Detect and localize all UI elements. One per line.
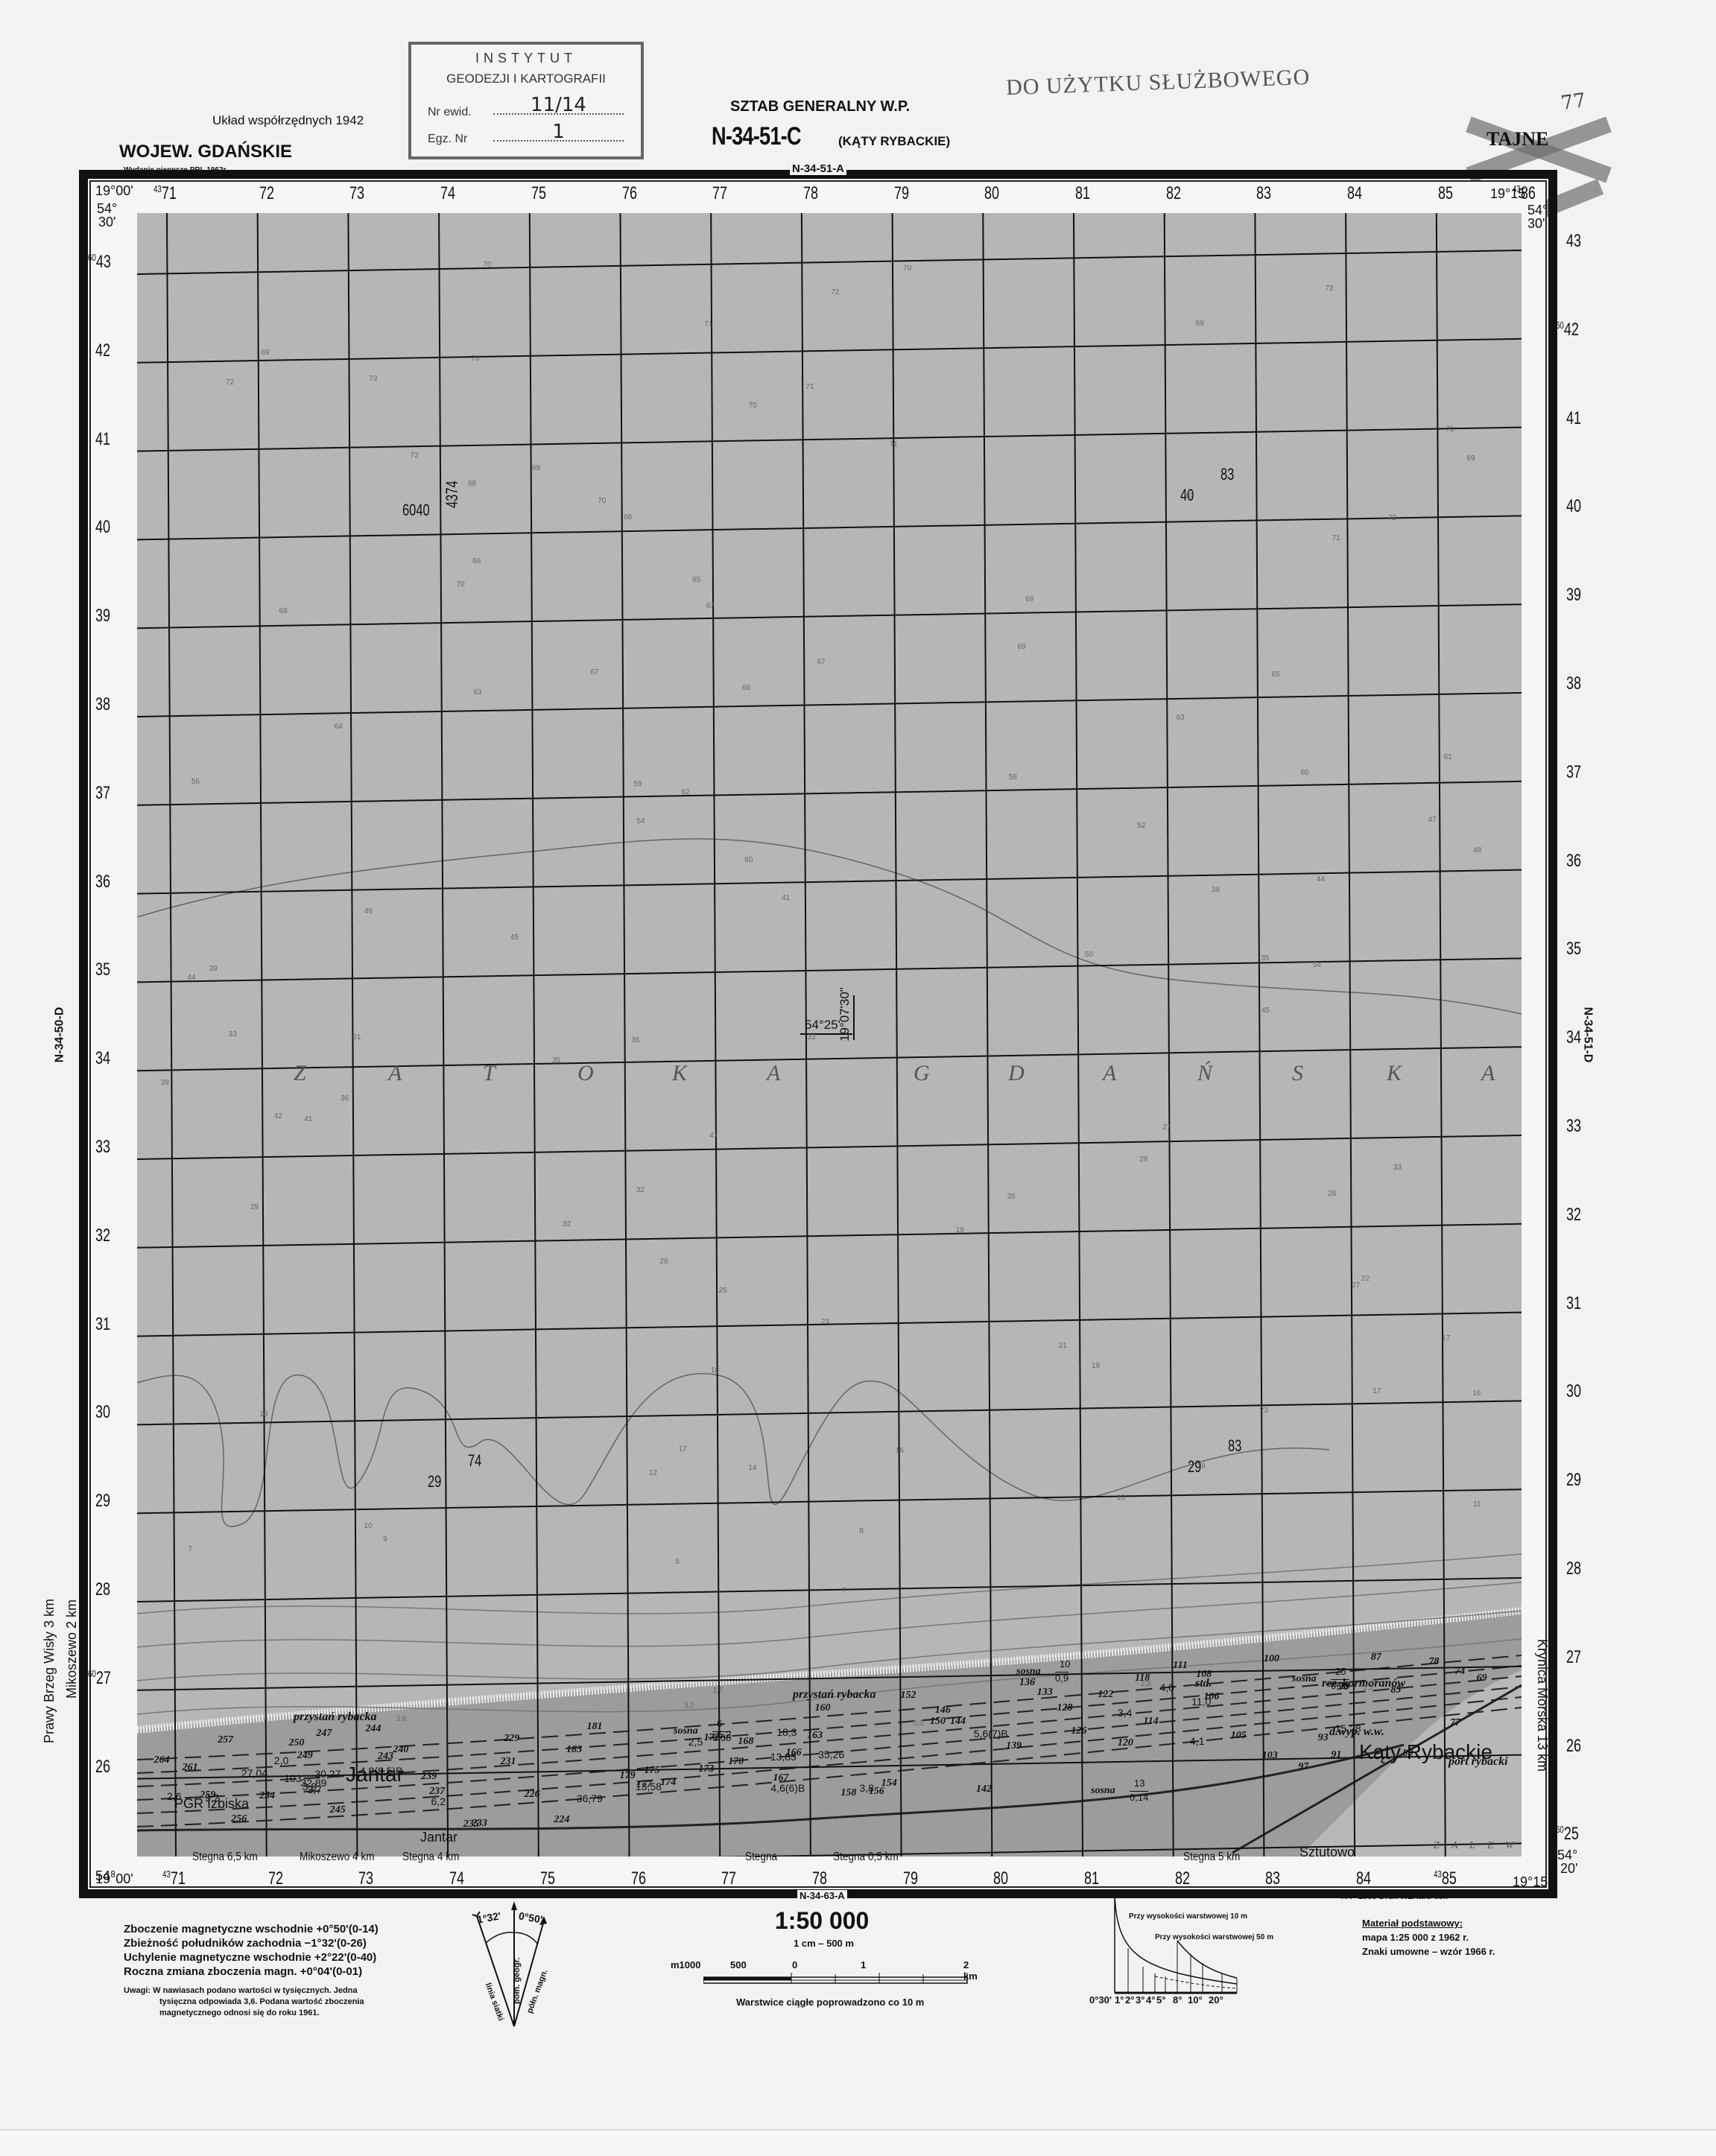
stamp-line1: INSTYTUT <box>411 51 641 66</box>
northing-label-right: 29 <box>1566 1470 1581 1491</box>
northing-label-left: 34 <box>95 1048 110 1069</box>
spot-height: 233 <box>472 1818 487 1830</box>
slope-tick: 1° <box>1115 1994 1124 2006</box>
sea-name-letter: T <box>483 1061 496 1086</box>
spot-height: 243 <box>378 1751 393 1763</box>
depth-sounding: 16 <box>1472 1389 1481 1398</box>
depth-sounding: 66 <box>742 684 750 692</box>
northing-label-left: 28 <box>95 1579 110 1600</box>
declination-line: Uchylenie magnetyczne wschodnie +2°22'(0… <box>124 1950 379 1965</box>
institute-stamp: INSTYTUT GEODEZJI I KARTOGRAFII Nr ewid.… <box>408 42 644 159</box>
registry-label: Nr ewid. <box>428 106 472 119</box>
place-label: port rybacki <box>1449 1755 1508 1769</box>
registry-value: 11/14 <box>493 94 624 115</box>
depth-sounding: 67 <box>706 602 715 610</box>
elevation-label: 4,6(6)B <box>770 1782 805 1794</box>
depth-sounding: 45 <box>1261 1006 1270 1015</box>
northing-label-right: 37 <box>1566 762 1581 783</box>
easting-label-bottom: 84 <box>1356 1868 1371 1889</box>
depth-sounding: 29 <box>250 1203 259 1211</box>
scale-label: 500 <box>730 1959 747 1970</box>
easting-label-top: 4386 <box>1513 183 1536 204</box>
easting-label-top: 78 <box>803 183 818 204</box>
destination-label: Stegna <box>745 1851 777 1864</box>
depth-sounding: 68 <box>468 480 476 488</box>
easting-label-top: 77 <box>712 183 727 204</box>
depth-sounding: 70 <box>749 402 757 410</box>
depth-sounding: 58 <box>1009 773 1017 781</box>
slope-title-50m: Przy wysokości warstwowej 50 m <box>1155 1933 1273 1941</box>
depth-sounding: 64 <box>335 723 343 731</box>
depth-sounding: 47 <box>709 1132 718 1140</box>
coordinate-system: Układ współrzędnych 1942 <box>212 113 364 128</box>
sea-name-letter: A <box>1103 1061 1116 1086</box>
depth-sounding: 11 <box>1473 1500 1481 1509</box>
grid-marker-easting: 74 <box>468 1451 481 1471</box>
northing-label-left: 33 <box>95 1137 110 1158</box>
depth-sounding: 17 <box>1373 1387 1381 1395</box>
spot-height: 261 <box>183 1762 198 1774</box>
elevation-label: 2,0 <box>274 1754 288 1766</box>
easting-label-top: 72 <box>259 183 274 204</box>
northing-label-right: 6042 <box>1556 320 1579 340</box>
spot-height: 74 <box>1454 1666 1465 1678</box>
depth-sounding: 19 <box>1092 1362 1100 1370</box>
tree-density: 0,08 <box>712 1731 731 1743</box>
depth-sounding: 23 <box>821 1318 829 1326</box>
spot-height: 142 <box>976 1784 992 1795</box>
map-labels: 6040437440832974298354°25'19°07'30"ZATOK… <box>137 213 1522 1857</box>
easting-label-top: 83 <box>1256 183 1271 204</box>
spot-height: 80 <box>1403 1748 1413 1760</box>
depth-sounding: 50 <box>1085 951 1093 959</box>
grid-marker-easting: 83 <box>1228 1436 1241 1456</box>
sea-name-letter: A <box>1481 1061 1495 1086</box>
slope-tick: 4° <box>1146 1994 1155 2006</box>
sea-name-letter: K <box>1387 1061 1402 1086</box>
depth-sounding: 63 <box>1177 714 1185 722</box>
easting-label-top: 80 <box>984 183 999 204</box>
spot-height: 256 <box>231 1813 247 1825</box>
elevation-label: 27,04 <box>241 1767 267 1779</box>
easting-label-bottom: 83 <box>1265 1868 1280 1889</box>
depth-sounding: 69 <box>261 349 269 357</box>
depth-sounding: 23 <box>1260 1407 1268 1415</box>
corner-lat-deg-tr: 54° <box>1527 203 1548 218</box>
tree-label: sosna <box>674 1725 698 1737</box>
depth-sounding: 69 <box>1025 595 1033 603</box>
depth-sounding: 71 <box>1446 425 1454 434</box>
northing-label-right: 36 <box>1566 851 1581 872</box>
elevation-label: 18,3 <box>776 1726 797 1738</box>
center-longitude: 19°07'30" <box>838 987 852 1041</box>
northing-label-right: 26 <box>1566 1736 1581 1757</box>
corner-lat-min-tr: 30' <box>1527 216 1545 231</box>
depth-sounding: 1,7 <box>712 1687 723 1695</box>
notes-line: magnetycznego odnosi się do roku 1961. <box>124 2008 392 2019</box>
place-label: przystań rybacka <box>294 1710 377 1724</box>
depth-sounding: 69 <box>1017 643 1025 651</box>
elevation-label: 5,6(7)B <box>974 1728 1008 1740</box>
corner-lat-min-tl: 30' <box>98 215 115 229</box>
depth-sounding: 65 <box>692 576 700 584</box>
depth-sounding: 26 <box>659 1258 668 1266</box>
depth-sounding: 63 <box>473 688 481 697</box>
depth-sounding: 35 <box>1261 954 1269 963</box>
depth-sounding: 71 <box>704 320 712 329</box>
notes-line: W nawiasach podano wartości w tysięcznyc… <box>153 1986 357 1995</box>
classification-stamp: TAJNE <box>1487 128 1548 150</box>
spot-height: 154 <box>881 1778 897 1789</box>
depth-sounding: 71 <box>805 383 814 391</box>
northing-label-right: 33 <box>1566 1116 1581 1137</box>
elevation-label: 3,8 <box>859 1782 873 1794</box>
spot-height: 226 <box>525 1789 540 1801</box>
depth-sounding: 2,2 <box>1364 1684 1374 1692</box>
dest-mikoszewo: Mikoszewo 2 km <box>64 1599 80 1699</box>
spot-height: 173 <box>698 1763 714 1775</box>
depth-sounding: 27 <box>1162 1123 1171 1132</box>
depth-sounding: 18 <box>711 1366 719 1375</box>
depth-sounding: 54 <box>636 817 645 825</box>
sea-name-letter: O <box>577 1061 594 1086</box>
spot-height: 93 <box>1318 1732 1329 1744</box>
depth-sounding: 67 <box>590 668 598 676</box>
northing-label-left: 42 <box>95 340 110 361</box>
spot-height: 103 <box>1262 1750 1278 1762</box>
spot-height: 249 <box>297 1750 313 1762</box>
lagoon-letter: A <box>1451 1840 1458 1852</box>
easting-label-bottom: 74 <box>449 1868 464 1889</box>
depth-sounding: 70 <box>471 355 479 363</box>
compass-geo-north: półn. geogr. <box>513 1958 522 2004</box>
adjacent-sheet-south: N-34-63-A <box>797 1890 847 1901</box>
adjacent-sheet-north: N-34-51-A <box>790 162 846 175</box>
northing-label-right: 43 <box>1566 231 1581 252</box>
corner-lat-deg-tl: 54° <box>97 201 117 216</box>
depth-sounding: 18 <box>1197 1462 1206 1471</box>
spot-height: 126 <box>1071 1725 1086 1737</box>
easting-label-top: 73 <box>349 183 364 204</box>
spot-height: 144 <box>950 1716 966 1728</box>
spot-height: 174 <box>660 1777 676 1789</box>
depth-sounding: 35 <box>1007 1193 1016 1201</box>
spot-height: 120 <box>1118 1737 1133 1749</box>
elevation-label: 4,8(8,5)B <box>360 1765 403 1777</box>
spot-height: 122 <box>1098 1689 1113 1701</box>
depth-sounding: 17 <box>679 1445 687 1453</box>
depth-sounding: 46 <box>364 907 373 916</box>
depth-sounding: 13 <box>1117 1494 1125 1502</box>
tree-label: sosna <box>1292 1673 1317 1685</box>
material-line: Znaki umowne – wzór 1966 r. <box>1362 1944 1495 1959</box>
corner-lon-br: 19°15' <box>1513 1874 1551 1889</box>
sea-name-letter: A <box>388 1061 402 1086</box>
northing-label-right: 34 <box>1566 1027 1581 1048</box>
slope-tick: 5° <box>1156 1994 1165 2006</box>
depth-sounding: 72 <box>1388 514 1396 522</box>
destination-label: Mikoszewo 4 km <box>300 1851 375 1864</box>
depth-sounding: 71 <box>1332 534 1340 542</box>
sea-name-letter: G <box>914 1061 930 1086</box>
easting-label-bottom: 73 <box>358 1868 373 1889</box>
spot-height: 87 <box>1371 1652 1381 1664</box>
material-line: mapa 1:25 000 z 1962 r. <box>1362 1930 1495 1944</box>
depth-sounding: 19 <box>956 1226 964 1234</box>
spot-height: 240 <box>393 1744 408 1756</box>
spot-height: 69 <box>1477 1673 1487 1684</box>
easting-label-bottom: 79 <box>903 1868 918 1889</box>
tree-height: 10 <box>1060 1658 1070 1670</box>
depth-sounding: 68 <box>624 513 632 521</box>
grid-marker-northing: 29 <box>428 1472 441 1491</box>
sheet-code: N-34-51-C <box>712 122 801 151</box>
depth-sounding: 26 <box>1328 1190 1336 1198</box>
corner-lat-deg-br: 54° <box>1557 1848 1577 1862</box>
sea-name-letter: K <box>672 1061 687 1086</box>
slope-tick: 20° <box>1209 1994 1223 2006</box>
depth-sounding: 9 <box>383 1535 387 1544</box>
northing-label-left: 36 <box>95 872 110 892</box>
northing-label-left: 31 <box>95 1314 110 1335</box>
depth-sounding: 7 <box>842 1587 846 1595</box>
spot-height: 163 <box>807 1730 823 1742</box>
tree-height: 25 <box>1335 1666 1346 1677</box>
northing-label-left: 38 <box>95 694 110 715</box>
depth-sounding: 73 <box>369 375 377 383</box>
depth-sounding: 33 <box>229 1030 237 1039</box>
depth-sounding: 17 <box>1442 1334 1450 1342</box>
publisher: SZTAB GENERALNY W.P. <box>730 98 910 115</box>
depth-sounding: 3,2 <box>684 1702 694 1710</box>
sheet-name: (KĄTY RYBACKIE) <box>838 134 950 149</box>
depth-sounding: 59 <box>633 780 642 788</box>
stamp-line2: GEODEZJI I KARTOGRAFII <box>411 72 641 86</box>
depth-sounding: 32 <box>563 1220 571 1228</box>
easting-label-top: 74 <box>440 183 455 204</box>
depth-sounding: 60 <box>744 856 753 864</box>
sea-name-letter: Ń <box>1197 1061 1212 1086</box>
spot-height: 97 <box>1298 1761 1308 1773</box>
depth-sounding: 41 <box>304 1115 312 1123</box>
depth-sounding: 56 <box>191 778 200 786</box>
handwritten-number: 77 <box>1560 89 1587 115</box>
depth-sounding: 70 <box>903 264 911 273</box>
northing-label-left: 37 <box>95 783 110 804</box>
depth-sounding: 68 <box>279 607 288 615</box>
northing-label-right: 35 <box>1566 939 1581 960</box>
slope-tick: 0°30' <box>1089 1994 1112 2006</box>
spot-height: 91 <box>1331 1749 1341 1761</box>
contour-interval-note: Warstwice ciągłe poprowadzono co 10 m <box>736 1997 924 2008</box>
elevation-label: 13,83 <box>770 1751 797 1763</box>
elevation-label: 4,1 <box>1190 1735 1204 1747</box>
spot-height: 168 <box>738 1736 753 1748</box>
adjacent-sheet-east: N-34-51-D <box>1580 1005 1594 1065</box>
lagoon-letter: E <box>1487 1840 1494 1852</box>
easting-label-top: 81 <box>1075 183 1090 204</box>
depth-sounding: 71 <box>890 440 898 448</box>
northing-label-left: 30 <box>95 1402 110 1423</box>
depth-sounding: 70 <box>1185 492 1193 500</box>
place-label: Jantar <box>420 1830 458 1845</box>
depth-sounding: 70 <box>598 497 606 505</box>
depth-sounding: 16 <box>896 1447 904 1455</box>
slope-tick: 2° <box>1125 1994 1134 2006</box>
spot-height: 247 <box>316 1728 332 1740</box>
easting-label-top: 84 <box>1347 183 1362 204</box>
easting-label-top: 85 <box>1438 183 1453 204</box>
spot-height: 77 <box>1450 1717 1460 1729</box>
depth-sounding: 42 <box>274 1112 282 1120</box>
northing-label-right: 6025 <box>1556 1824 1579 1845</box>
sea-name-letter: S <box>1292 1061 1303 1086</box>
easting-label-bottom: 81 <box>1084 1868 1099 1889</box>
northing-label-right: 32 <box>1566 1205 1581 1226</box>
print-code: R-P-1566-Druk WZKart. 68r. <box>1341 1892 1448 1901</box>
spot-height: 128 <box>1057 1702 1072 1714</box>
northing-label-left: 40 <box>95 517 110 538</box>
scan-bottom-margin <box>0 2129 1716 2156</box>
center-latitude: 54°25' <box>805 1018 840 1033</box>
depth-sounding: 10 <box>364 1522 372 1530</box>
place-label: Sztutowo <box>1299 1845 1355 1857</box>
depth-sounding: 44 <box>1317 875 1325 884</box>
depth-sounding: 69 <box>1466 454 1475 463</box>
easting-label-top: 76 <box>622 183 637 204</box>
service-stamp: DO UŻYTKU SŁUŻBOWEGO <box>1006 65 1311 101</box>
depth-sounding: 52 <box>1137 822 1145 830</box>
spot-height: 254 <box>259 1790 275 1802</box>
depth-sounding: 21 <box>1059 1342 1067 1350</box>
map-area[interactable]: 6040437440832974298354°25'19°07'30"ZATOK… <box>137 213 1522 1857</box>
notes-block: Uwagi: W nawiasach podano wartości w tys… <box>124 1985 392 2019</box>
dest-krynica-morska: Krynica Morska 13 km <box>1534 1639 1550 1772</box>
lagoon-letter: Z <box>1434 1840 1440 1852</box>
spot-height: 170 <box>728 1756 744 1768</box>
northing-label-right: 31 <box>1566 1293 1581 1314</box>
place-label: przystań rybacka <box>793 1688 876 1702</box>
elevation-label: 36,79 <box>577 1792 603 1804</box>
spot-height: 146 <box>935 1705 951 1716</box>
spot-height: 100 <box>1264 1653 1279 1665</box>
depth-sounding: 70 <box>456 580 464 589</box>
northing-label-right: 28 <box>1566 1559 1581 1579</box>
depth-sounding: 36 <box>341 1094 349 1103</box>
easting-label-top: 75 <box>531 183 546 204</box>
star-icon <box>511 1901 517 1910</box>
easting-label-top: 82 <box>1166 183 1181 204</box>
spot-height: 224 <box>554 1814 569 1826</box>
map-scale: 1:50 000 <box>775 1907 869 1935</box>
northing-label-left: 35 <box>95 960 110 980</box>
depth-sounding: 36 <box>631 1036 639 1044</box>
northing-label-left: 6043 <box>88 252 111 273</box>
tree-density: 0,9 <box>1055 1672 1068 1684</box>
northing-label-left: 29 <box>95 1491 110 1512</box>
destination-label: Stegna 4 km <box>402 1851 459 1864</box>
northing-label-left: 32 <box>95 1226 110 1246</box>
depth-sounding: 44 <box>187 974 195 982</box>
tree-height: 6 <box>717 1718 722 1729</box>
northing-label-left: 6027 <box>88 1668 111 1689</box>
elevation-label: 9,2 <box>205 1792 219 1804</box>
easting-label-bottom: 82 <box>1175 1868 1190 1889</box>
elevation-label: 13,58 <box>636 1781 662 1792</box>
depth-sounding: 27 <box>1352 1281 1360 1290</box>
depth-sounding: 72 <box>411 451 419 460</box>
elevation-label: 3,4 <box>1118 1707 1132 1719</box>
adjacent-sheet-west: N-34-50-D <box>53 1005 66 1065</box>
elevation-label: 2,6 <box>167 1790 181 1802</box>
depth-sounding: 66 <box>472 557 481 565</box>
corner-lon-tl: 19°00' <box>95 183 133 198</box>
scale-bar <box>703 1973 972 1988</box>
depth-sounding: 39 <box>161 1079 169 1087</box>
depth-sounding: 51 <box>352 1033 361 1041</box>
northing-label-right: 27 <box>1566 1647 1581 1668</box>
elevation-label: 103 <box>284 1772 301 1784</box>
corner-lat-min-br: 20' <box>1560 1861 1577 1876</box>
depth-sounding: 8 <box>859 1527 864 1535</box>
northing-label-left: 26 <box>95 1757 110 1778</box>
slope-tick: 8° <box>1173 1994 1182 2006</box>
depth-sounding: 33 <box>807 1033 815 1041</box>
destination-label: Stegna 0,5 km <box>833 1851 899 1864</box>
declination-block: Zboczenie magnetyczne wschodnie +0°50'(0… <box>124 1922 379 1979</box>
depth-sounding: 22 <box>1361 1275 1370 1283</box>
depth-sounding: 72 <box>226 378 234 387</box>
scale-label: 1 <box>861 1959 866 1970</box>
spot-height: 114 <box>1143 1716 1158 1728</box>
depth-sounding: 67 <box>817 658 825 666</box>
spot-height: 139 <box>1006 1740 1022 1752</box>
northing-label-right: 30 <box>1566 1381 1581 1402</box>
depth-sounding: 14 <box>748 1464 756 1472</box>
destination-label: Stegna 6,5 km <box>192 1851 258 1864</box>
depth-sounding: 33 <box>1393 1164 1402 1172</box>
elevation-label: 15,28 <box>1335 1722 1361 1734</box>
depth-sounding: 70 <box>483 261 491 269</box>
easting-label-top: 4371 <box>153 183 177 204</box>
elevation-label: 3,9 <box>303 1781 317 1792</box>
spot-height: 108 <box>1196 1669 1212 1681</box>
tree-height: 13 <box>1134 1778 1144 1789</box>
depth-sounding: 41 <box>782 894 790 902</box>
spot-height: 158 <box>840 1787 856 1799</box>
spot-height: 133 <box>1037 1687 1053 1699</box>
spot-height: 244 <box>365 1723 381 1735</box>
scale-subtitle: 1 cm – 500 m <box>794 1938 854 1949</box>
tree-density: 0,14 <box>1130 1791 1148 1803</box>
easting-label-bottom: 4371 <box>162 1868 186 1889</box>
sea-name-letter: Z <box>294 1061 306 1086</box>
depth-sounding: 39 <box>209 965 218 973</box>
easting-label-bottom: 80 <box>993 1868 1008 1889</box>
spot-height: 245 <box>330 1804 346 1816</box>
easting-label-top: 79 <box>894 183 909 204</box>
northing-label-left: 41 <box>95 429 110 450</box>
depth-sounding: 72 <box>1325 285 1333 293</box>
northing-label-right: 40 <box>1566 496 1581 517</box>
easting-label-bottom: 72 <box>268 1868 283 1889</box>
northing-label-right: 38 <box>1566 673 1581 694</box>
elevation-label: 6,2 <box>431 1795 446 1807</box>
depth-sounding: 12 <box>649 1469 657 1477</box>
sea-name-letter: D <box>1008 1061 1025 1086</box>
slope-scale-diagram <box>1110 1896 1244 1997</box>
depth-sounding: 7 <box>188 1545 192 1553</box>
